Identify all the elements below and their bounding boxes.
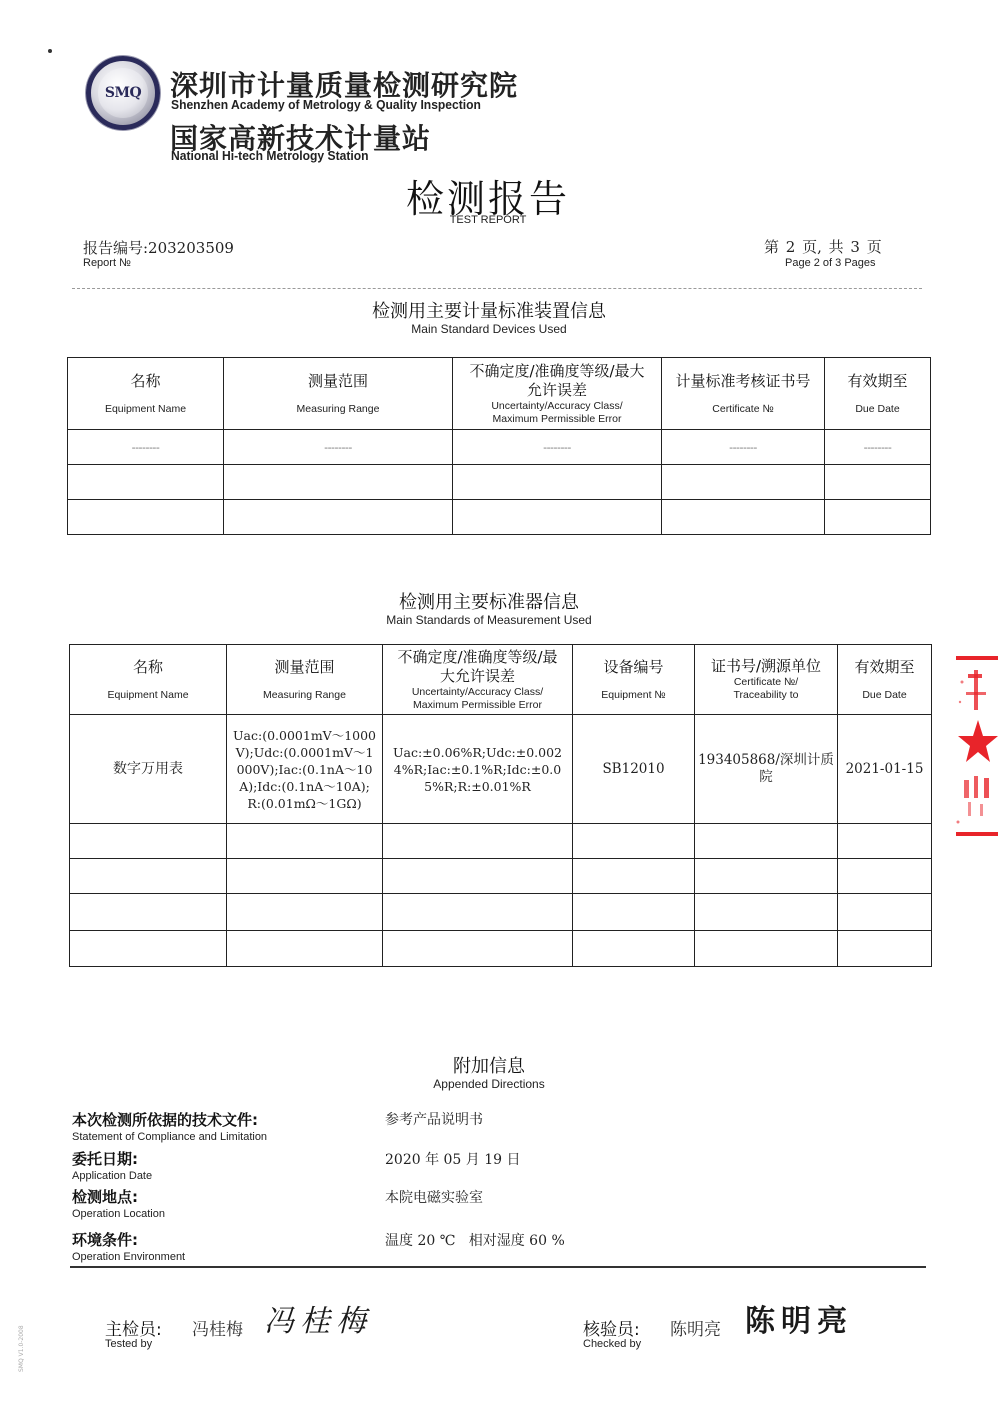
environment-value: 温度 20 ℃ 相对湿度 60 % [385,1230,565,1250]
table-row: -------- -------- -------- -------- ----… [68,430,931,465]
operation-location-value: 本院电磁实验室 [385,1187,483,1207]
appended-section-title-cn: 附加信息 [0,1052,978,1078]
appended-section-title-en: Appended Directions [0,1077,978,1091]
table-cell [825,500,931,535]
column-header: 证书号/溯源单位Certificate №/ Traceability to [695,645,838,715]
table-row [70,859,932,894]
compliance-label-cn: 本次检测所依据的技术文件: [72,1109,258,1130]
table-row [70,931,932,967]
column-header: 有效期至Due Date [838,645,932,715]
tester-name: 冯桂梅 [192,1315,243,1340]
table-row [68,465,931,500]
table-cell [70,824,227,859]
table-cell [70,931,227,967]
org-name-en: Shenzhen Academy of Metrology & Quality … [171,97,481,112]
report-number-label-en: Report № [83,257,131,269]
report-number: 报告编号:203203509 [83,237,234,258]
standards-section-title-en: Main Standards of Measurement Used [0,613,978,627]
table-cell [68,465,224,500]
station-name-en: National Hi-tech Metrology Station [171,148,368,163]
devices-section-title-cn: 检测用主要计量标准装置信息 [0,297,978,323]
table-row [70,824,932,859]
logo-text: SMQ [98,68,148,118]
table-cell: 数字万用表 [70,715,227,824]
column-header: 不确定度/准确度等级/最大允许误差Uncertainty/Accuracy Cl… [453,358,662,430]
checked-by-label-en: Checked by [583,1338,641,1350]
table-cell [70,894,227,931]
devices-section-title-en: Main Standard Devices Used [0,322,978,336]
table-cell [838,859,932,894]
table-row [70,894,932,931]
table-cell [662,500,825,535]
table-cell [383,859,573,894]
table-cell [453,465,662,500]
column-header: 测量范围Measuring Range [227,645,383,715]
smq-logo: SMQ [86,56,160,130]
form-version-code: SMQ V1.0-2008 [18,1325,25,1372]
operation-location-label-en: Operation Location [72,1208,165,1220]
application-date-label-cn: 委托日期: [72,1148,138,1169]
table-cell [573,931,695,967]
compliance-label-en: Statement of Compliance and Limitation [72,1131,267,1143]
table-cell [383,824,573,859]
column-header: 名称Equipment Name [70,645,227,715]
column-header: 不确定度/准确度等级/最大允许误差Uncertainty/Accuracy Cl… [383,645,573,715]
table-cell [695,824,838,859]
checker-name: 陈明亮 [670,1315,721,1340]
table-cell [573,859,695,894]
table-cell [695,894,838,931]
table-cell [224,500,453,535]
application-date-label-en: Application Date [72,1170,152,1182]
column-header: 测量范围Measuring Range [224,358,453,430]
table-cell: 193405868/深圳计质院 [695,715,838,824]
table-header-row: 名称Equipment Name 测量范围Measuring Range 不确定… [70,645,932,715]
divider [72,288,922,289]
table-cell [227,894,383,931]
table-cell [695,931,838,967]
standards-table: 名称Equipment Name 测量范围Measuring Range 不确定… [69,644,932,967]
table-row: 数字万用表 Uac:(0.0001mV～1000V);Udc:(0.0001mV… [70,715,932,824]
table-cell [227,859,383,894]
table-cell [70,859,227,894]
table-cell: -------- [453,430,662,465]
table-row [68,500,931,535]
standards-section-title-cn: 检测用主要标准器信息 [0,588,978,614]
table-cell [227,824,383,859]
checker-signature: 陈明亮 [745,1296,853,1340]
registered-mark [48,49,52,53]
table-cell [224,465,453,500]
compliance-value: 参考产品说明书 [385,1109,483,1129]
table-cell [453,500,662,535]
table-cell [838,824,932,859]
column-header: 有效期至Due Date [825,358,931,430]
table-cell: -------- [662,430,825,465]
table-cell: SB12010 [573,715,695,824]
environment-label-cn: 环境条件: [72,1229,138,1250]
operation-location-label-cn: 检测地点: [72,1186,138,1207]
page-indicator-en: Page 2 of 3 Pages [785,257,876,269]
tested-by-label-cn: 主检员: [105,1315,162,1340]
table-cell [695,859,838,894]
table-cell [838,931,932,967]
tester-signature: 冯桂梅 [264,1296,372,1340]
page-indicator-cn: 第 2 页, 共 3 页 [764,236,882,257]
official-seal-stamp-icon [952,652,998,842]
table-cell [227,931,383,967]
table-cell [383,931,573,967]
table-cell: 2021-01-15 [838,715,932,824]
environment-label-en: Operation Environment [72,1251,185,1263]
divider [70,1266,926,1268]
document-title-en: TEST REPORT [0,214,976,226]
table-cell: -------- [68,430,224,465]
table-cell [68,500,224,535]
column-header: 设备编号Equipment № [573,645,695,715]
table-cell: -------- [825,430,931,465]
table-cell [838,894,932,931]
column-header: 计量标准考核证书号Certificate № [662,358,825,430]
application-date-value: 2020 年 05 月 19 日 [385,1149,521,1169]
column-header: 名称Equipment Name [68,358,224,430]
table-cell [573,894,695,931]
table-cell [662,465,825,500]
tested-by-label-en: Tested by [105,1338,152,1350]
table-cell [383,894,573,931]
devices-table: 名称Equipment Name 测量范围Measuring Range 不确定… [67,357,931,535]
table-cell [573,824,695,859]
table-cell: Uac:(0.0001mV～1000V);Udc:(0.0001mV～1000V… [227,715,383,824]
table-cell: Uac:±0.06%R;Udc:±0.0024%R;Iac:±0.1%R;Idc… [383,715,573,824]
checked-by-label-cn: 核验员: [583,1315,640,1340]
table-cell [825,465,931,500]
table-header-row: 名称Equipment Name 测量范围Measuring Range 不确定… [68,358,931,430]
table-cell: -------- [224,430,453,465]
